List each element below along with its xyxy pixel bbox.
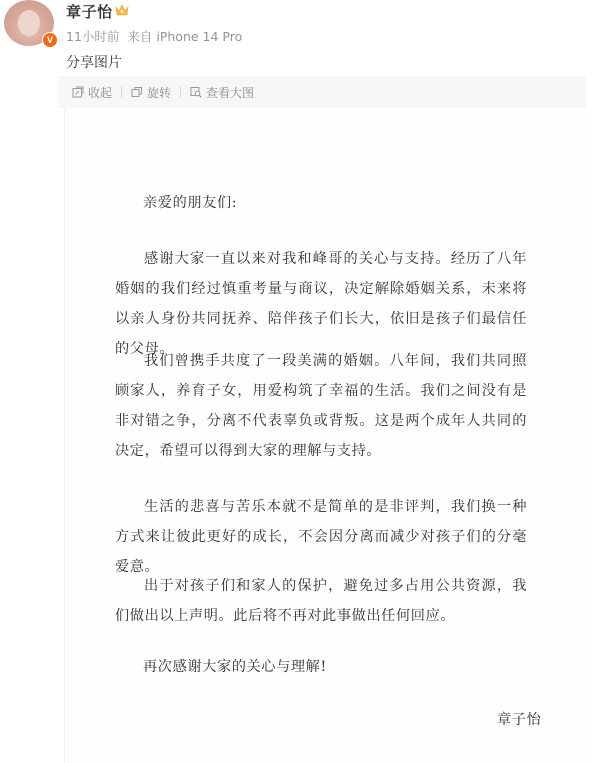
crown-icon [115, 4, 129, 16]
letter-paragraph: 我们曾携手共度了一段美满的婚姻。八年间，我们共同照顾家人，养育子女，用爱构筑了幸… [115, 346, 527, 466]
rotate-button[interactable]: 旋转 [125, 84, 177, 101]
rotate-label: 旋转 [147, 84, 171, 101]
shared-image[interactable]: 亲爱的朋友们: 感谢大家一直以来对我和峰哥的关心与支持。经历了八年婚姻的我们经过… [64, 108, 586, 763]
collapse-icon [72, 86, 84, 98]
view-large-label: 查看大图 [206, 84, 254, 101]
post-source: 来自 iPhone 14 Pro [127, 29, 242, 44]
post-meta: 11小时前 来自 iPhone 14 Pro [66, 27, 246, 45]
verified-badge-icon: V [42, 32, 58, 48]
view-large-button[interactable]: 查看大图 [184, 84, 260, 101]
username[interactable]: 章子怡 [66, 1, 113, 22]
divider [121, 86, 122, 98]
collapse-button[interactable]: 收起 [66, 84, 118, 101]
letter-closing: 再次感谢大家的关心与理解! [143, 656, 327, 676]
collapse-label: 收起 [88, 84, 112, 101]
avatar[interactable]: V [4, 0, 54, 46]
weibo-post: V 章子怡 11小时前 来自 iPhone 14 Pro 分享图片 收起 旋转 [0, 0, 593, 763]
letter-paragraph: 生活的悲喜与苦乐本就不是简单的是非评判，我们换一种方式来让彼此更好的成长，不会因… [115, 492, 527, 582]
post-text: 分享图片 [66, 52, 122, 72]
image-toolbar: 收起 旋转 查看大图 [58, 76, 586, 108]
divider [180, 86, 181, 98]
view-large-icon [190, 86, 202, 98]
avatar-photo [18, 10, 40, 36]
letter-greeting: 亲爱的朋友们: [143, 192, 237, 212]
letter-paragraph: 出于对孩子们和家人的保护，避免过多占用公共资源，我们做出以上声明。此后将不再对此… [115, 571, 527, 631]
letter-signature: 章子怡 [497, 709, 541, 729]
timestamp[interactable]: 11小时前 [66, 29, 119, 44]
rotate-icon [131, 86, 143, 98]
